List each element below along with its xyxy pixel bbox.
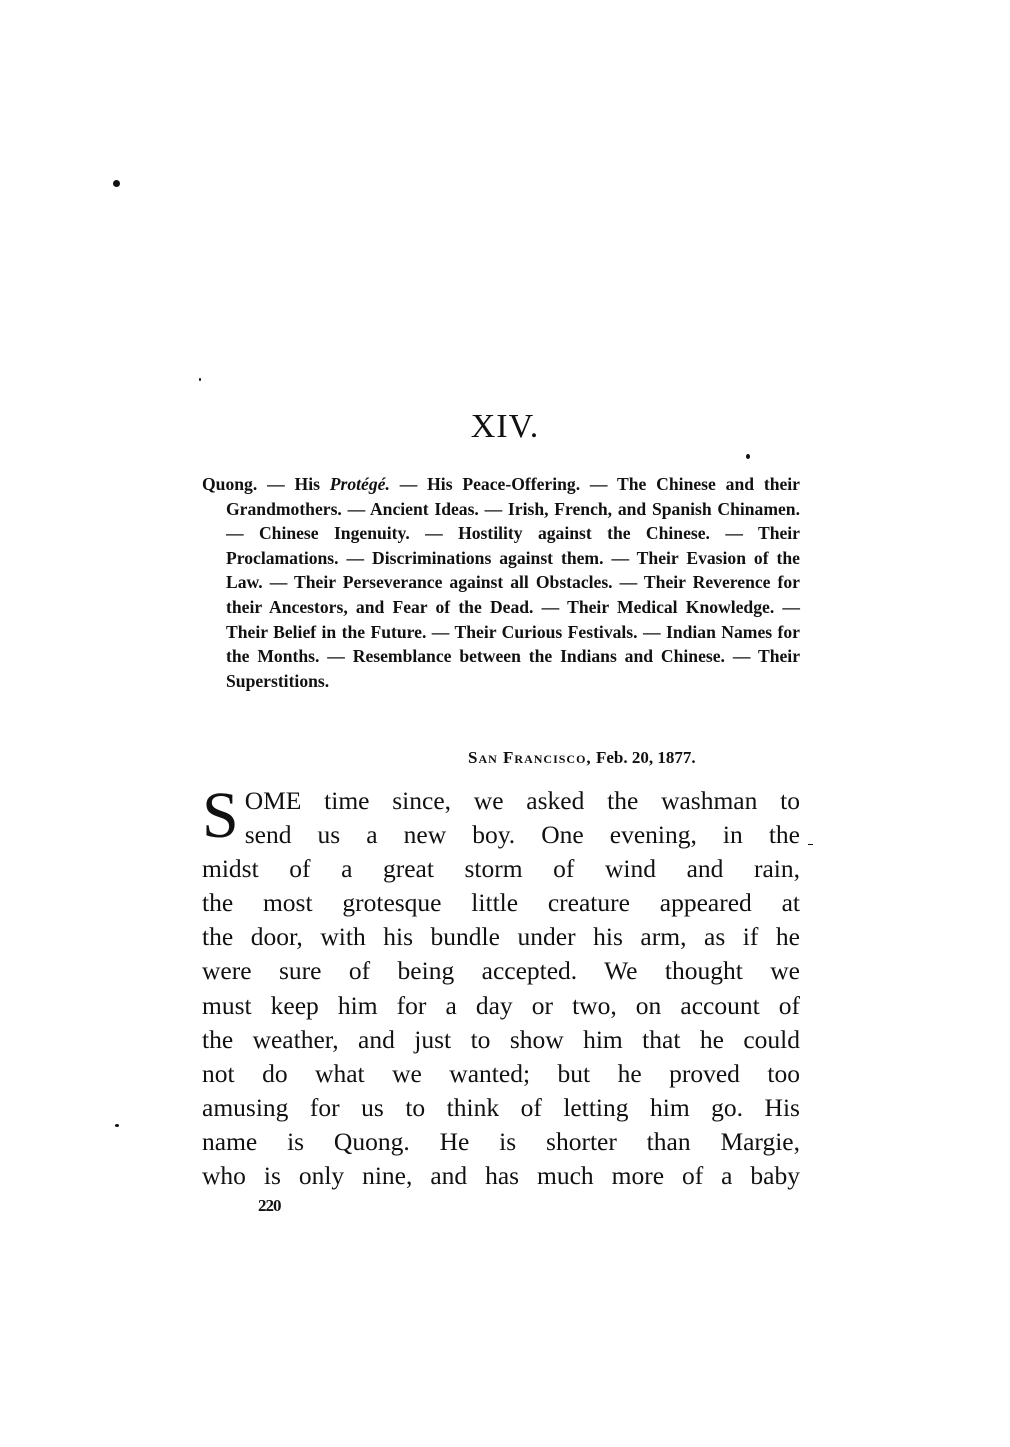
- dateline-place: San Francisco,: [468, 748, 592, 767]
- scan-speck: [113, 180, 120, 187]
- synopsis-text: — His Peace-Offering. — The Chinese and …: [226, 474, 800, 691]
- body-line: send us a new boy. One evening, in the: [202, 818, 800, 852]
- synopsis-italic-term: Protégé.: [330, 474, 390, 494]
- body-line: the door, with his bundle under his arm,…: [202, 920, 800, 954]
- synopsis-text: Quong. — His: [202, 474, 330, 494]
- body-line: who is only nine, and has much more of a…: [202, 1159, 800, 1193]
- chapter-synopsis: Quong. — His Protégé. — His Peace-Offeri…: [202, 472, 800, 693]
- body-line: name is Quong. He is shorter than Margie…: [202, 1125, 800, 1159]
- body-line: not do what we wanted; but he proved too: [202, 1057, 800, 1091]
- body-text: S OME time since, we asked the washman t…: [202, 784, 800, 1193]
- chapter-title: XIV.: [0, 408, 1010, 446]
- body-line: must keep him for a day or two, on accou…: [202, 989, 800, 1023]
- body-line: were sure of being accepted. We thought …: [202, 954, 800, 988]
- drop-cap: S: [202, 788, 239, 844]
- body-line: the weather, and just to show him that h…: [202, 1023, 800, 1057]
- body-line: the most grotesque little creature appea…: [202, 886, 800, 920]
- scan-speck: [199, 378, 201, 381]
- body-line: midst of a great storm of wind and rain,: [202, 852, 800, 886]
- body-line: amusing for us to think of letting him g…: [202, 1091, 800, 1125]
- body-line: OME time since, we asked the washman to: [202, 784, 800, 818]
- scan-speck: [115, 1124, 119, 1127]
- dateline-date: Feb. 20, 1877.: [592, 748, 696, 767]
- page-number: 220: [258, 1196, 281, 1216]
- scan-speck: [808, 844, 813, 845]
- scan-speck: [746, 454, 750, 459]
- dateline: San Francisco, Feb. 20, 1877.: [468, 748, 696, 768]
